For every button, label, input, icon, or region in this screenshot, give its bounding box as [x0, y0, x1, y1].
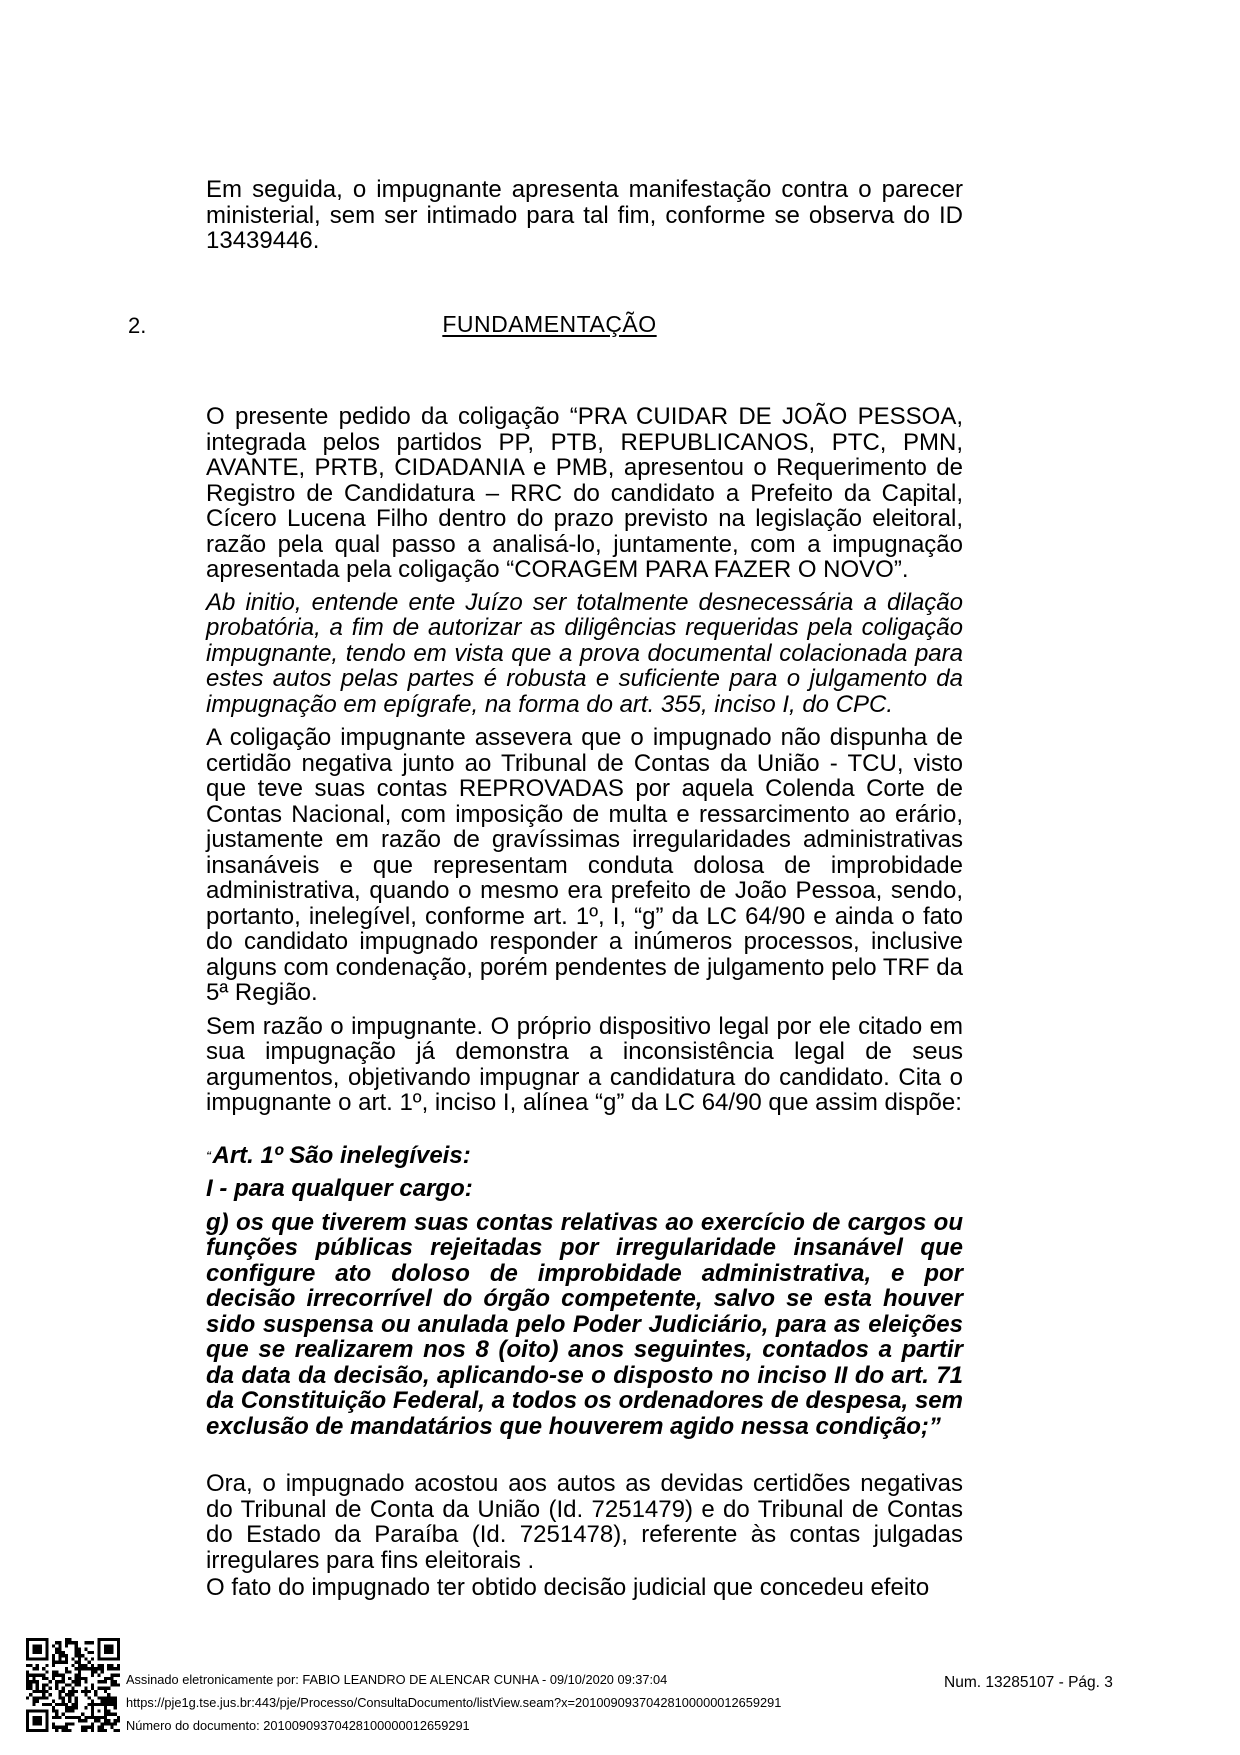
section-title: FUNDAMENTAÇÃO — [442, 311, 656, 337]
document-page: Em seguida, o impugnante apresenta manif… — [0, 0, 1240, 1755]
opening-quote-mark: “ — [206, 1150, 212, 1162]
paragraph-ab-initio: Ab initio, entende ente Juízo ser totalm… — [206, 590, 963, 718]
paragraph-pedido: O presente pedido da coligação “PRA CUID… — [206, 404, 963, 583]
paragraph-ora: Ora, o impugnado acostou aos autos as de… — [206, 1471, 963, 1573]
signature-block: Assinado eletronicamente por: FABIO LEAN… — [126, 1668, 781, 1737]
signature-line: Assinado eletronicamente por: FABIO LEAN… — [126, 1668, 781, 1691]
document-body: Em seguida, o impugnante apresenta manif… — [206, 177, 963, 1601]
qr-code-icon — [26, 1638, 120, 1732]
quote-art-text: Art. 1º São inelegíveis: — [213, 1142, 471, 1169]
quote-art-line: “Art. 1º São inelegíveis: — [206, 1143, 963, 1170]
paragraph-o-fato: O fato do impugnado ter obtido decisão j… — [206, 1575, 963, 1601]
page-number-stamp: Num. 13285107 - Pág. 3 — [944, 1674, 1113, 1692]
section-number: 2. — [128, 313, 146, 339]
document-url: https://pje1g.tse.jus.br:443/pje/Process… — [126, 1691, 781, 1714]
quote-inciso-line: I - para qualquer cargo: — [206, 1176, 963, 1202]
legal-quote-block: “Art. 1º São inelegíveis: I - para qualq… — [206, 1143, 963, 1440]
paragraph-assevera: A coligação impugnante assevera que o im… — [206, 725, 963, 1006]
paragraph-intro: Em seguida, o impugnante apresenta manif… — [206, 177, 963, 254]
paragraph-sem-razao: Sem razão o impugnante. O próprio dispos… — [206, 1014, 963, 1116]
quote-alinea-g: g) os que tiverem suas contas relativas … — [206, 1210, 963, 1440]
section-heading-row: 2. FUNDAMENTAÇÃO — [206, 312, 963, 338]
document-number: Número do documento: 2010090937042810000… — [126, 1714, 781, 1737]
